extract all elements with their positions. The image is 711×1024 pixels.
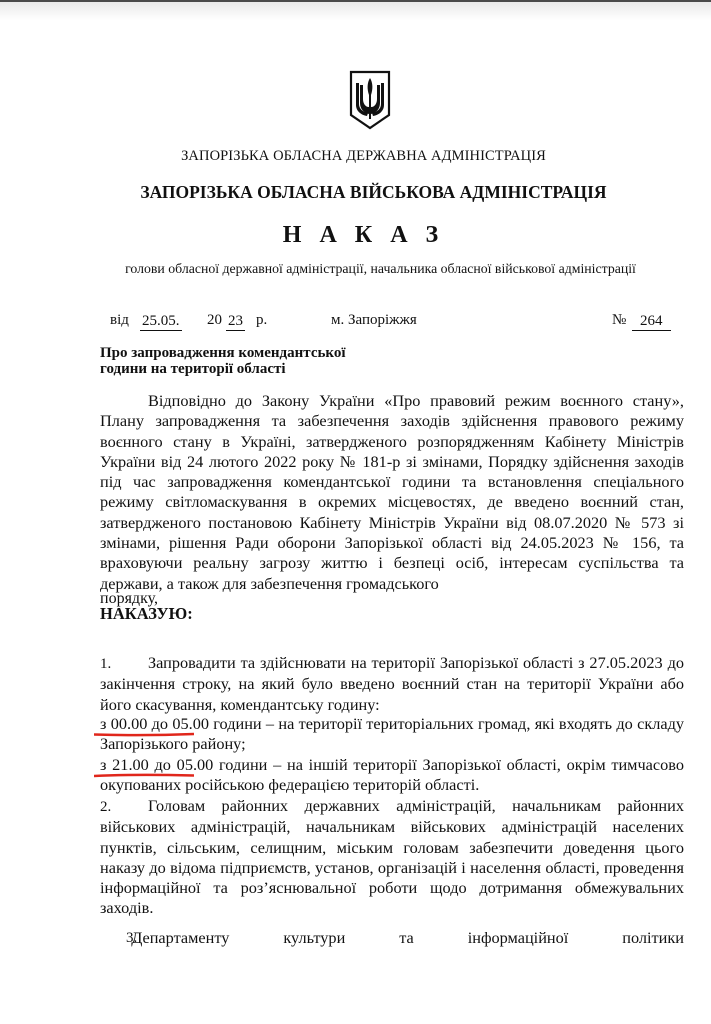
- order-item-2: 2.Головам районних державних адміністрац…: [100, 796, 684, 919]
- curfew-time: з 00.00 до 05.00 години –: [100, 714, 274, 733]
- city: м. Запоріжжя: [331, 312, 417, 329]
- ukraine-trident-coat-of-arms-icon: [348, 69, 392, 131]
- curfew-time: з 21.00 до 05.00 години: [100, 755, 267, 774]
- year-abbr: р.: [256, 312, 267, 329]
- item-number: 2.: [100, 797, 148, 817]
- year-prefix: 20: [207, 312, 222, 329]
- header-state-administration: ЗАПОРІЗЬКА ОБЛАСНА ДЕРЖАВНА АДМІНІСТРАЦІ…: [8, 148, 711, 165]
- item-text: Головам районних державних адміністрацій…: [100, 796, 684, 917]
- date-day-month: 25.05.: [140, 312, 182, 331]
- curfew-time-highlight: з 21.00 до 05.00 години: [100, 755, 267, 774]
- document-number: 264: [632, 312, 671, 331]
- document-page: ЗАПОРІЗЬКА ОБЛАСНА ДЕРЖАВНА АДМІНІСТРАЦІ…: [0, 0, 711, 1024]
- red-underline-annotation: [94, 732, 194, 737]
- item-word: Департаменту: [131, 928, 229, 948]
- curfew-rest-of-region: з 21.00 до 05.00 години – на іншій терит…: [100, 755, 684, 796]
- red-underline-annotation: [94, 773, 194, 778]
- intro-paragraph: Відповідно до Закону України «Про правов…: [100, 391, 684, 594]
- curfew-time-highlight: з 00.00 до 05.00 години –: [100, 714, 274, 733]
- year-suffix: 23: [226, 312, 245, 331]
- item-word: політики: [622, 928, 684, 948]
- date-prefix: від: [110, 312, 129, 329]
- item-text: Запровадити та здійснювати на території …: [100, 653, 684, 714]
- order-item-3: 3. Департаменту культури та інформаційно…: [100, 928, 684, 948]
- header-military-administration: ЗАПОРІЗЬКА ОБЛАСНА ВІЙСЬКОВА АДМІНІСТРАЦ…: [18, 182, 711, 203]
- intro-text: Відповідно до Закону України «Про правов…: [100, 391, 684, 593]
- date-number-line: від 25.05. 20 23 р. м. Запоріжжя № 264: [110, 312, 680, 334]
- document-subject: Про запровадження комендантської години …: [100, 345, 346, 377]
- curfew-zaporizhzhia-district: з 00.00 до 05.00 години – на території т…: [100, 714, 684, 755]
- item-number: 1.: [100, 654, 148, 674]
- order-heading: НАКАЗУЮ:: [100, 604, 193, 624]
- number-sign: №: [612, 312, 626, 329]
- document-type-title: Н А К А З: [8, 222, 711, 249]
- item-word: та: [399, 928, 414, 948]
- item-word: інформаційної: [468, 928, 569, 948]
- subject-line-1: Про запровадження комендантської: [100, 345, 346, 361]
- header-issuer: голови обласної державної адміністрації,…: [25, 261, 711, 277]
- item-word: культури: [283, 928, 345, 948]
- order-item-1: 1.Запровадити та здійснювати на територі…: [100, 653, 684, 715]
- subject-line-2: години на території області: [100, 361, 346, 377]
